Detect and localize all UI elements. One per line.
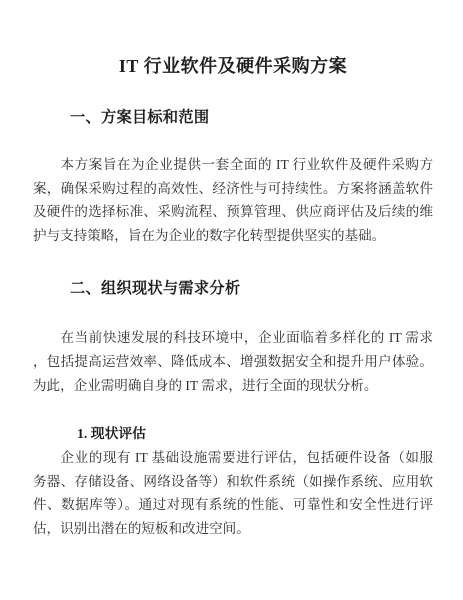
document-title: IT 行业软件及硬件采购方案 [33, 54, 433, 78]
paragraph-line: 估，识别出潜在的短板和改进空间。 [33, 517, 433, 541]
paragraph-line: 为此，企业需明确自身的 IT 需求，进行全面的现状分析。 [33, 374, 433, 398]
subsection-1-paragraph: 企业的现有 IT 基础设施需要进行评估，包括硬件设备（如服 务器、存储设备、网络… [33, 446, 433, 541]
subsection-1-heading: 1. 现状评估 [77, 422, 433, 446]
paragraph-line: 务器、存储设备、网络设备等）和软件系统（如操作系统、应用软 [33, 470, 433, 494]
section-1-heading: 一、方案目标和范围 [70, 108, 433, 128]
section-2-paragraph: 在当前快速发展的科技环境中，企业面临着多样化的 IT 需求 ，包括提高运营效率、… [33, 326, 433, 397]
section-2-heading: 二、组织现状与需求分析 [70, 279, 433, 299]
paragraph-line: ，包括提高运营效率、降低成本、增强数据安全和提升用户体验。 [33, 350, 433, 374]
paragraph-line: 企业的现有 IT 基础设施需要进行评估，包括硬件设备（如服 [33, 446, 433, 470]
paragraph-line: 在当前快速发展的科技环境中，企业面临着多样化的 IT 需求 [33, 326, 433, 350]
paragraph-line: 及硬件的选择标准、采购流程、预算管理、供应商评估及后续的维 [33, 200, 433, 224]
paragraph-line: 案，确保采购过程的高效性、经济性与可持续性。方案将涵盖软件 [33, 177, 433, 201]
section-1-paragraph: 本方案旨在为企业提供一套全面的 IT 行业软件及硬件采购方 案，确保采购过程的高… [33, 153, 433, 248]
paragraph-line: 件、数据库等）。通过对现有系统的性能、可靠性和安全性进行评 [33, 493, 433, 517]
paragraph-line: 本方案旨在为企业提供一套全面的 IT 行业软件及硬件采购方 [33, 153, 433, 177]
text-column: IT 行业软件及硬件采购方案 一、方案目标和范围 本方案旨在为企业提供一套全面的… [33, 54, 433, 541]
paragraph-line: 护与支持策略，旨在为企业的数字化转型提供坚实的基础。 [33, 224, 433, 248]
document-page: IT 行业软件及硬件采购方案 一、方案目标和范围 本方案旨在为企业提供一套全面的… [0, 0, 463, 600]
